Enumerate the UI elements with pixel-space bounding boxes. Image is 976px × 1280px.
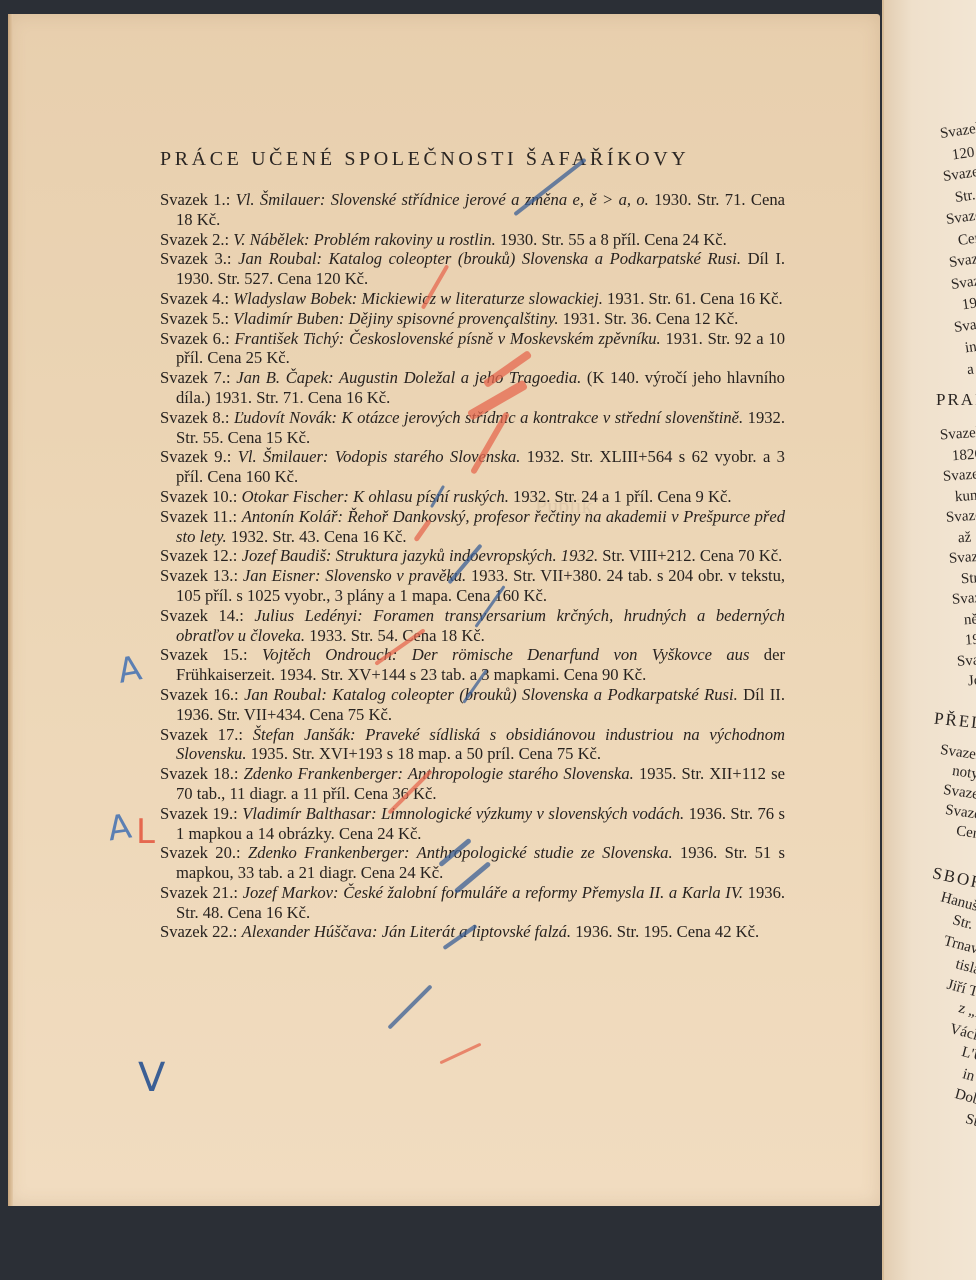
volume-entry: Svazek 14.: Julius Ledényi: Foramen tran… [160, 606, 785, 646]
volume-title: Jan Roubal: Katalog coleopter (brouků) S… [244, 685, 743, 704]
volume-label: Svazek 20.: [160, 843, 248, 862]
volume-label: Svazek 4.: [160, 289, 233, 308]
volume-title: Vl. Šmilauer: Slovenské střídnice jerové… [236, 190, 655, 209]
volume-label: Svazek 14.: [160, 606, 254, 625]
right-page-text: 1826 a [951, 444, 976, 466]
volume-details: 1932. Str. 43. Cena 16 Kč. [231, 527, 407, 546]
volume-label: Svazek 13.: [160, 566, 243, 585]
volume-list: Svazek 1.: Vl. Šmilauer: Slovenské stříd… [160, 190, 785, 942]
right-page-text: Josef J [967, 670, 976, 692]
volume-entry: Svazek 2.: V. Nábělek: Problém rakoviny … [160, 230, 785, 250]
volume-title: Jozef Baudiš: Struktura jazyků indoevrop… [242, 546, 603, 565]
volume-title: Jan Roubal: Katalog coleopter (brouků) S… [238, 249, 747, 268]
volume-entry: Svazek 4.: Wladyslaw Bobek: Mickiewicz w… [160, 289, 785, 309]
right-page-text: 120 K [950, 141, 976, 165]
volume-label: Svazek 3.: [160, 249, 238, 268]
volume-title: Alexander Húščava: Ján Literát a liptovs… [242, 922, 576, 941]
volume-label: Svazek 9.: [160, 447, 238, 466]
right-page-text: Svazek [939, 424, 976, 446]
right-page-text: Str. 31 [960, 567, 976, 589]
volume-details: 1931. Str. 61. Cena 16 Kč. [607, 289, 783, 308]
volume-title: V. Nábělek: Problém rakoviny u rostlin. [233, 230, 500, 249]
page-title: PRÁCE UČENÉ SPOLEČNOSTI ŠAFAŘÍKOVY [160, 148, 689, 171]
volume-entry: Svazek 5.: Vladimír Buben: Dějiny spisov… [160, 309, 785, 329]
volume-label: Svazek 7.: [160, 368, 236, 387]
volume-title: Otokar Fischer: K ohlasu písní ruských. [242, 487, 513, 506]
right-page-text: Svazek 2 [942, 464, 976, 487]
right-page-text: Svazek [948, 248, 976, 273]
right-page-text: Cena [956, 227, 976, 250]
section-heading-prameny: PRAM [936, 390, 976, 410]
volume-title: František Tichý: Československé písně v … [235, 329, 666, 348]
right-page-text: Svazek [939, 119, 976, 144]
right-page-text: Svazek 3 [945, 505, 976, 528]
right-page-text: němec [963, 608, 976, 630]
right-page-text: 1934. S [964, 628, 976, 650]
volume-label: Svazek 12.: [160, 546, 242, 565]
volume-details: 1930. Str. 55 a 8 příl. Cena 24 Kč. [500, 230, 727, 249]
volume-title: Vladimír Buben: Dějiny spisovné provença… [233, 309, 562, 328]
section-heading-prednasky: PŘEDN [933, 709, 976, 736]
volume-entry: Svazek 18.: Zdenko Frankenberger: Anthro… [160, 764, 785, 804]
right-page-text: Str. 56 [963, 1110, 976, 1138]
volume-entry: Svazek 17.: Štefan Janšák: Praveké sídli… [160, 725, 785, 765]
volume-entry: Svazek 7.: Jan B. Čapek: Augustin Doleža… [160, 368, 785, 408]
volume-label: Svazek 8.: [160, 408, 234, 427]
volume-title: Jan Eisner: Slovensko v pravěku. [243, 566, 471, 585]
volume-label: Svazek 10.: [160, 487, 242, 506]
right-page-text: Cena 2 [955, 822, 976, 847]
right-page-text: Svazek [952, 313, 976, 338]
volume-title: Vojtěch Ondrouch: Der römische Denarfund… [262, 645, 764, 664]
volume-label: Svazek 22.: [160, 922, 242, 941]
volume-label: Svazek 19.: [160, 804, 242, 823]
volume-entry: Svazek 11.: Antonín Kolář: Řehoř Dankovs… [160, 507, 785, 547]
volume-title: Ľudovít Novák: K otázce jerových střídni… [234, 408, 748, 427]
volume-label: Svazek 17.: [160, 725, 253, 744]
volume-details: 1933. Str. 54. Cena 18 Kč. [309, 626, 485, 645]
right-page-text: Svazek [945, 205, 976, 230]
volume-label: Svazek 18.: [160, 764, 244, 783]
volume-entry: Svazek 19.: Vladimír Balthasar: Limnolog… [160, 804, 785, 844]
right-page-text: Svazek 5 [951, 587, 976, 610]
volume-entry: Svazek 15.: Vojtěch Ondrouch: Der römisc… [160, 645, 785, 685]
right-page-text: Svazek [942, 162, 976, 187]
volume-entry: Svazek 6.: František Tichý: Českoslovens… [160, 329, 785, 369]
volume-details: 1931. Str. 36. Cena 12 Kč. [563, 309, 739, 328]
volume-details: Str. VIII+212. Cena 70 Kč. [602, 546, 782, 565]
volume-label: Svazek 11.: [160, 507, 242, 526]
right-page-text: in Slo [964, 335, 976, 359]
right-page-text: Str. ( [953, 185, 976, 208]
right-page-fragment: PRAM PŘEDN SBORN Svazek120 KSvazekStr. (… [882, 0, 976, 1280]
right-page-text: Svazek [949, 270, 976, 295]
volume-label: Svazek 21.: [160, 883, 243, 902]
volume-entry: Svazek 13.: Jan Eisner: Slovensko v prav… [160, 566, 785, 606]
volume-title: Wladyslaw Bobek: Mickiewicz w literaturz… [233, 289, 607, 308]
volume-label: Svazek 2.: [160, 230, 233, 249]
right-page-text: kunft. [954, 485, 976, 506]
right-page-text: Svazek 4 [948, 546, 976, 569]
volume-label: Svazek 5.: [160, 309, 233, 328]
volume-entry: Svazek 21.: Jozef Markov: České žalobní … [160, 883, 785, 923]
right-page-text: a 1 m [965, 356, 976, 379]
volume-details: 1932. Str. 24 a 1 příl. Cena 9 Kč. [513, 487, 731, 506]
volume-details: 1936. Str. 195. Cena 42 Kč. [575, 922, 759, 941]
margin-note-v: V [138, 1055, 165, 1101]
margin-note-l: L [136, 812, 155, 852]
volume-label: Svazek 15.: [160, 645, 262, 664]
volume-title: Zdenko Frankenberger: Anthropologie star… [244, 764, 639, 783]
volume-title: Jan B. Čapek: Augustin Doležal a jeho Tr… [236, 368, 587, 387]
volume-entry: Svazek 10.: Otokar Fischer: K ohlasu pís… [160, 487, 785, 507]
volume-entry: Svazek 1.: Vl. Šmilauer: Slovenské stříd… [160, 190, 785, 230]
right-page-text: až 156 [957, 526, 976, 548]
volume-title: Vladimír Balthasar: Limnologické výzkumy… [242, 804, 688, 823]
volume-title: Jozef Markov: České žalobní formuláře a … [243, 883, 748, 902]
right-page-text: Svazek 6 [956, 649, 976, 672]
volume-label: Svazek 16.: [160, 685, 244, 704]
volume-label: Svazek 6.: [160, 329, 235, 348]
volume-label: Svazek 1.: [160, 190, 236, 209]
right-page-text: 1938. [961, 292, 976, 316]
volume-entry: Svazek 3.: Jan Roubal: Katalog coleopter… [160, 249, 785, 289]
volume-details: 1935. Str. XVI+193 s 18 map. a 50 príl. … [251, 744, 601, 763]
